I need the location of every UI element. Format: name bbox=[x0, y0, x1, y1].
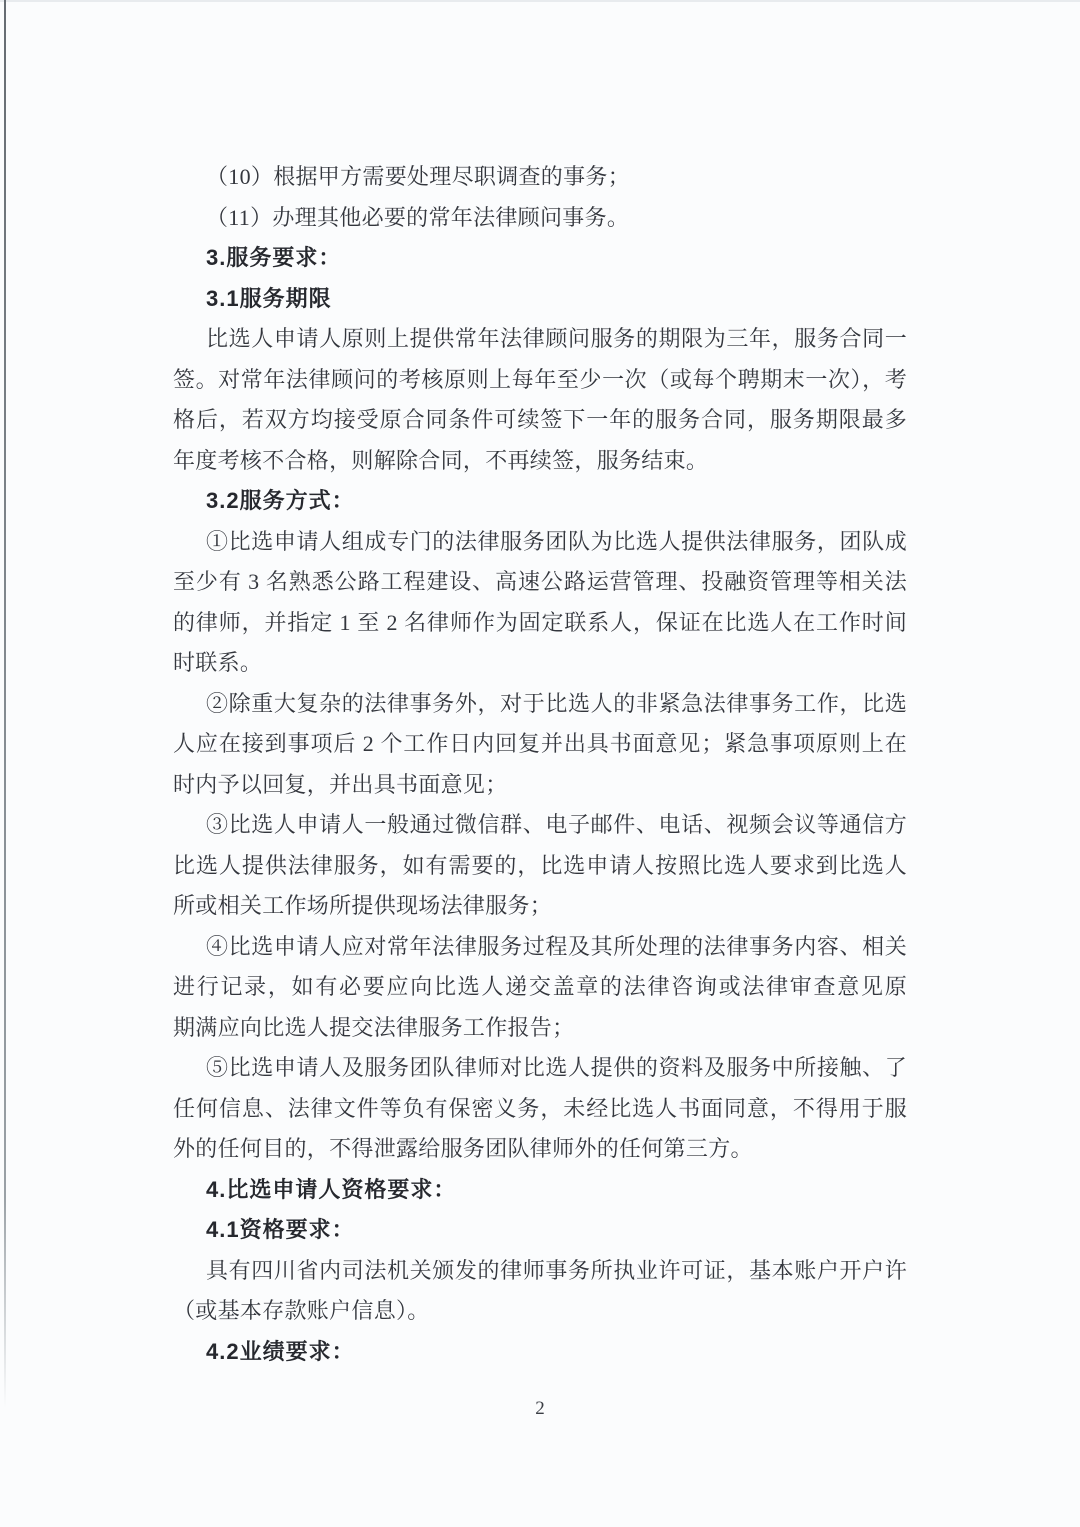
para-item3-line-3: 所或相关工作场所提供现场法律服务； bbox=[173, 886, 907, 927]
para-service-term-line-1: 比选人申请人原则上提供常年法律顾问服务的期限为三年，服务合同一年一 bbox=[173, 319, 907, 360]
heading-3-1-service-term: 3.1服务期限 bbox=[173, 279, 907, 320]
para-item3-line-2: 比选人提供法律服务，如有需要的，比选申请人按照比选人要求到比选人办公场 bbox=[173, 846, 907, 887]
para-item5-line-2: 任何信息、法律文件等负有保密义务，未经比选人书面同意，不得用于服务工作 bbox=[173, 1089, 907, 1130]
heading-3-2-service-mode: 3.2服务方式： bbox=[173, 481, 907, 522]
document-page: （10）根据甲方需要处理尽职调查的事务； （11）办理其他必要的常年法律顾问事务… bbox=[0, 0, 1080, 1527]
para-service-term-line-3: 格后，若双方均接受原合同条件可续签下一年的服务合同，服务期限最多为三年。 bbox=[173, 400, 907, 441]
scan-left-edge-line bbox=[4, 0, 6, 1408]
para-item1-line-4: 时联系。 bbox=[173, 643, 907, 684]
para-item2-line-2: 人应在接到事项后 2 个工作日内回复并出具书面意见；紧急事项原则上在 12 小 bbox=[173, 724, 907, 765]
para-item3-line-1: ③比选人申请人一般通过微信群、电子邮件、电话、视频会议等通信方式向 bbox=[173, 805, 907, 846]
para-item1-line-2: 至少有 3 名熟悉公路工程建设、高速公路运营管理、投融资管理等相关法律事务 bbox=[173, 562, 907, 603]
para-item1-line-1: ①比选申请人组成专门的法律服务团队为比选人提供法律服务，团队成员中 bbox=[173, 522, 907, 563]
para-service-term-line-4: 年度考核不合格，则解除合同，不再续签，服务结束。 bbox=[173, 441, 907, 482]
para-service-term-line-2: 签。对常年法律顾问的考核原则上每年至少一次（或每个聘期末一次），考核合 bbox=[173, 360, 907, 401]
para-item4-line-3: 期满应向比选人提交法律服务工作报告； bbox=[173, 1008, 907, 1049]
heading-4-applicant-qualification: 4.比选申请人资格要求： bbox=[173, 1170, 907, 1211]
list-item-11: （11）办理其他必要的常年法律顾问事务。 bbox=[173, 198, 907, 239]
para-qualification-line-2: （或基本存款账户信息）。 bbox=[173, 1291, 907, 1332]
para-item4-line-1: ④比选申请人应对常年法律服务过程及其所处理的法律事务内容、相关结果 bbox=[173, 927, 907, 968]
heading-4-2-performance: 4.2业绩要求： bbox=[173, 1332, 907, 1373]
list-item-10: （10）根据甲方需要处理尽职调查的事务； bbox=[173, 157, 907, 198]
heading-4-1-qualification: 4.1资格要求： bbox=[173, 1210, 907, 1251]
para-item2-line-1: ②除重大复杂的法律事务外，对于比选人的非紧急法律事务工作，比选申请 bbox=[173, 684, 907, 725]
para-qualification-line-1: 具有四川省内司法机关颁发的律师事务所执业许可证，基本账户开户许可证 bbox=[173, 1251, 907, 1292]
page-number: 2 bbox=[0, 1394, 1080, 1424]
para-item2-line-3: 时内予以回复，并出具书面意见； bbox=[173, 765, 907, 806]
document-body: （10）根据甲方需要处理尽职调查的事务； （11）办理其他必要的常年法律顾问事务… bbox=[173, 157, 907, 1372]
para-item4-line-2: 进行记录，如有必要应向比选人递交盖章的法律咨询或法律审查意见原件，服务 bbox=[173, 967, 907, 1008]
para-item1-line-3: 的律师，并指定 1 至 2 名律师作为固定联系人，保证在比选人在工作时间内能随 bbox=[173, 603, 907, 644]
heading-3-service-requirements: 3.服务要求： bbox=[173, 238, 907, 279]
para-item5-line-1: ⑤比选申请人及服务团队律师对比选人提供的资料及服务中所接触、了解的 bbox=[173, 1048, 907, 1089]
scan-top-edge bbox=[0, 0, 1080, 2]
para-item5-line-3: 外的任何目的，不得泄露给服务团队律师外的任何第三方。 bbox=[173, 1129, 907, 1170]
